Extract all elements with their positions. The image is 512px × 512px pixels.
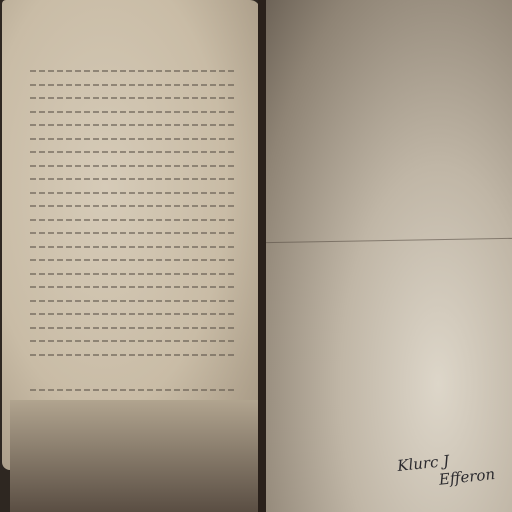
torn-page-bottom — [10, 400, 260, 512]
right-blank-page — [266, 0, 512, 512]
page-gap — [258, 0, 266, 512]
illegible-handwriting-block — [30, 70, 235, 443]
